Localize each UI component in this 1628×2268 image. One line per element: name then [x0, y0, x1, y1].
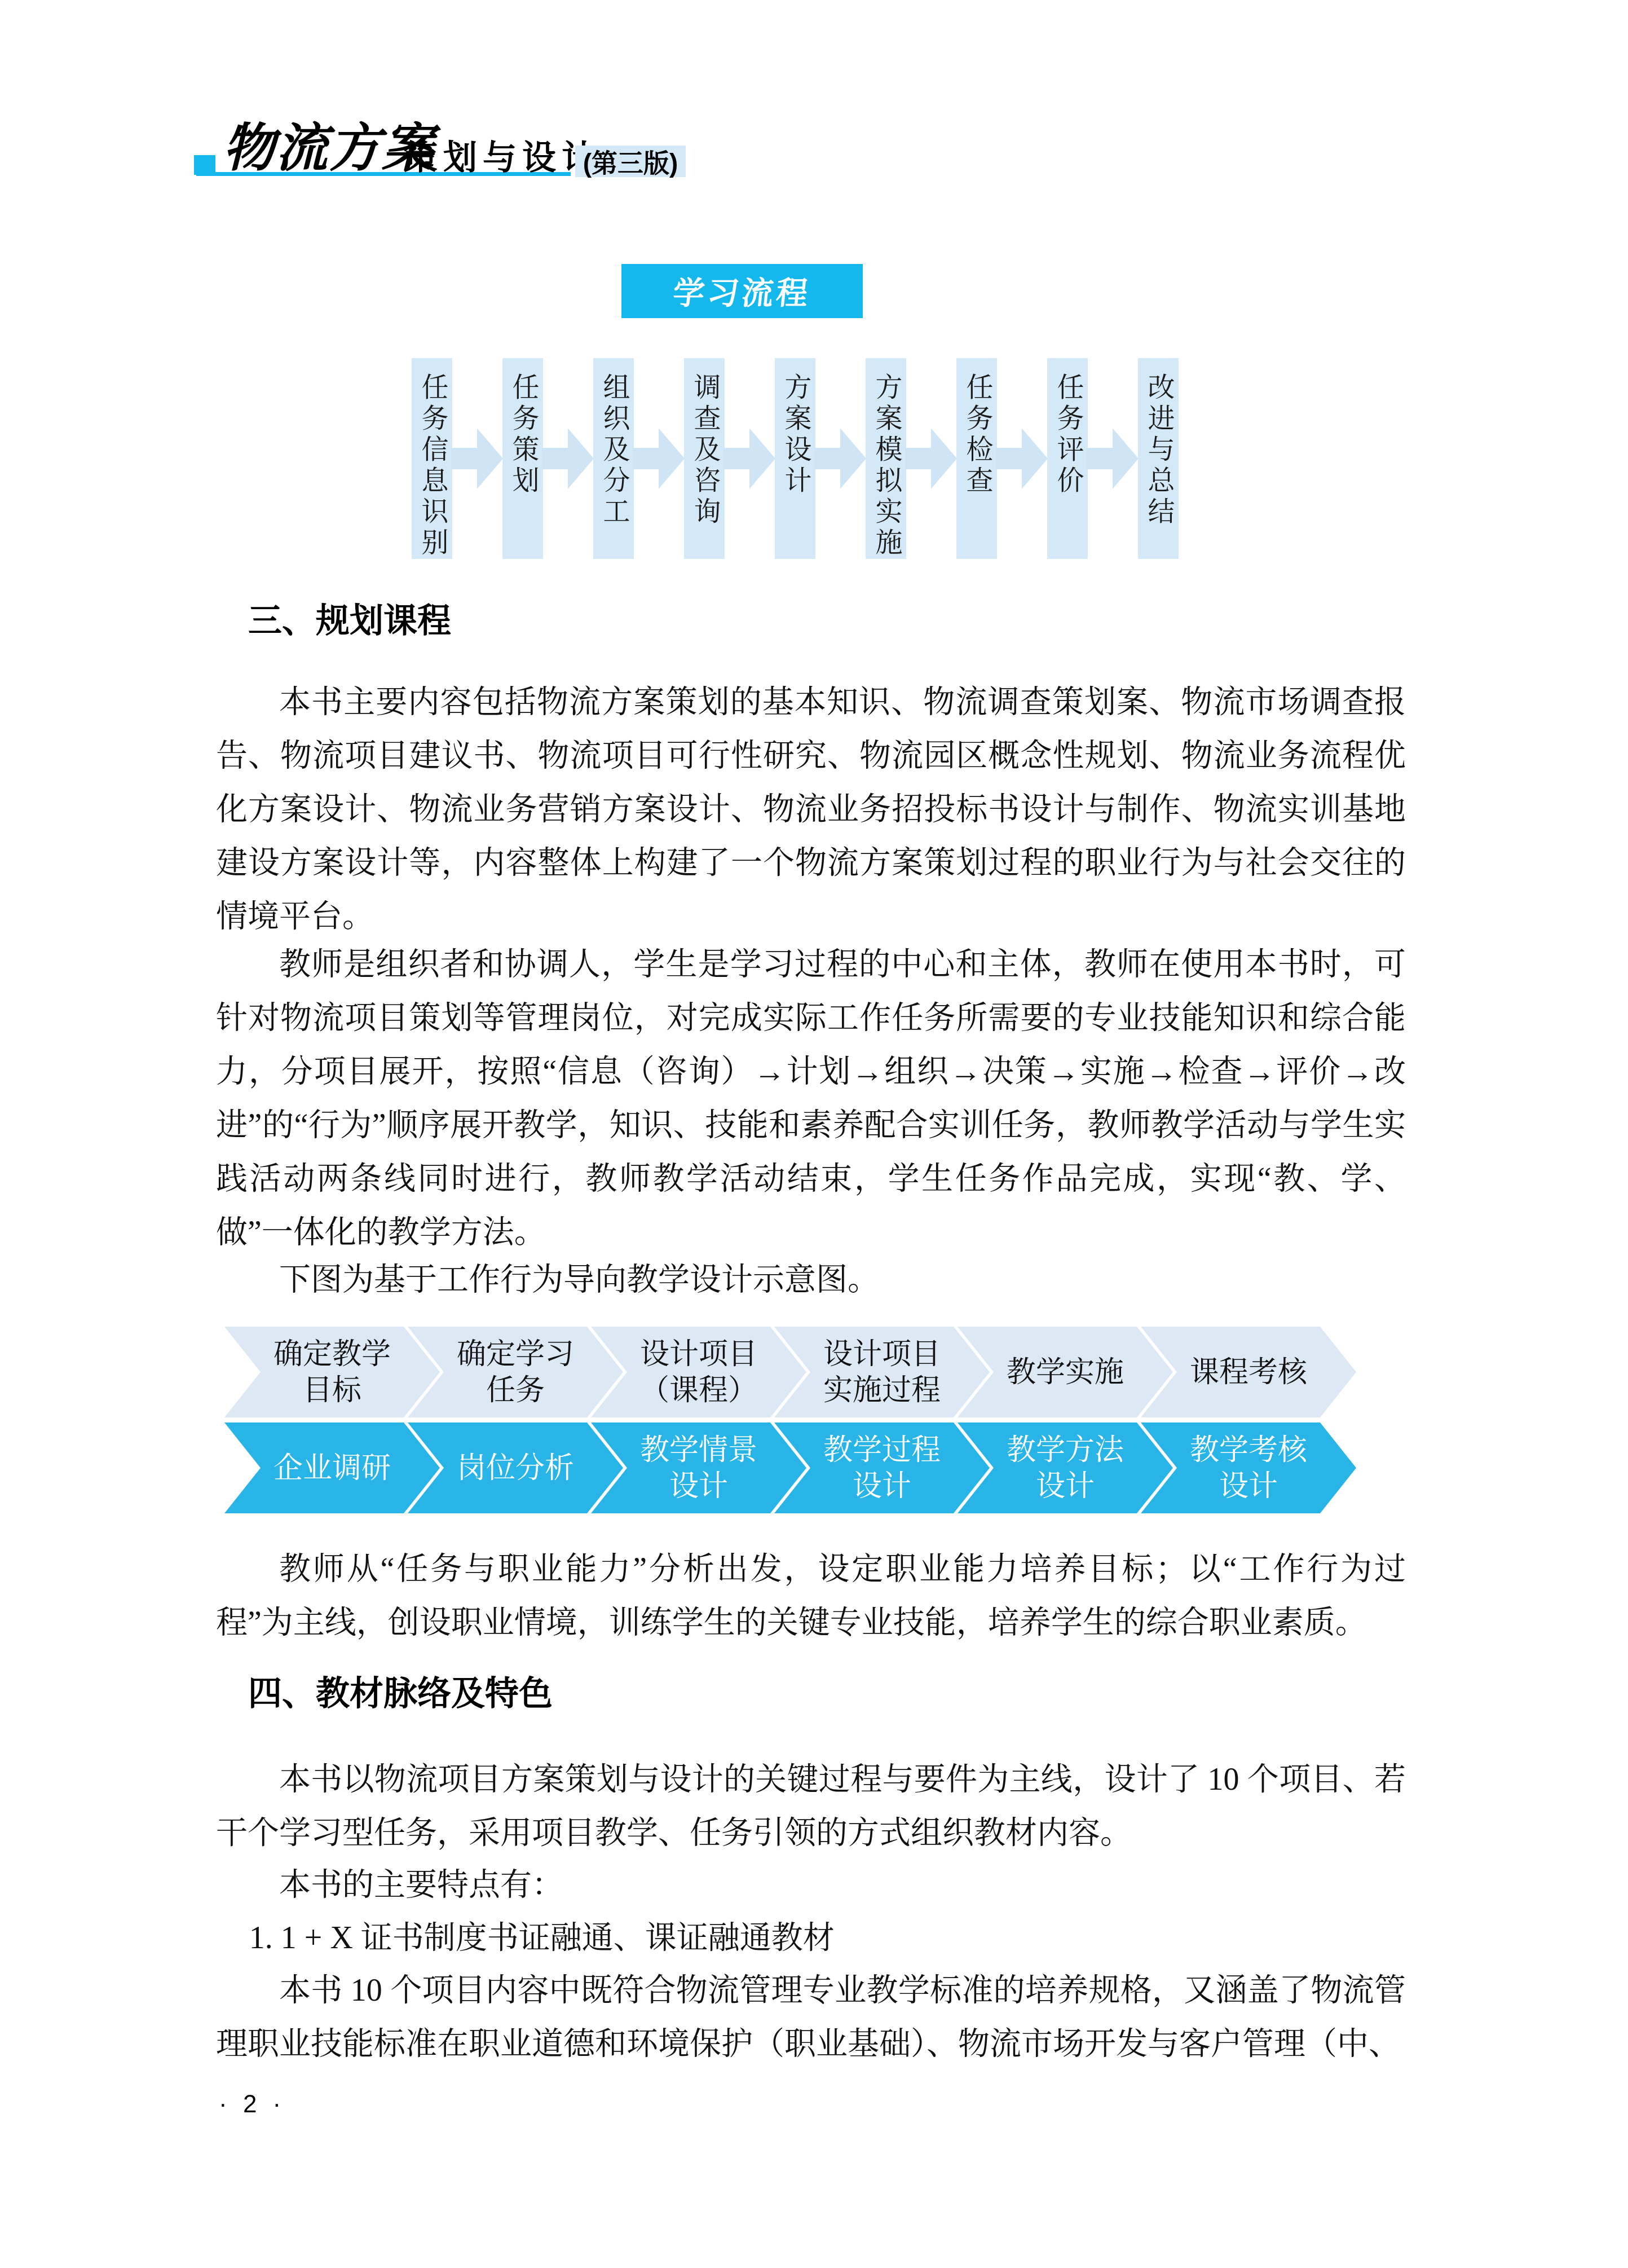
teaching-design-step: 教学情景设计	[591, 1423, 806, 1513]
section-heading-4: 四、教材脉络及特色	[248, 1674, 553, 1714]
flow-step-label: 任务策划	[502, 358, 543, 497]
step-label-line: 教学考核	[1190, 1432, 1307, 1468]
section4-paragraph-3: 本书 10 个项目内容中既符合物流管理专业教学标准的培养规格，又涵盖了物流管理职…	[216, 1964, 1406, 2071]
section-heading-3: 三、规划课程	[248, 601, 451, 641]
page-number: · 2 ·	[219, 2090, 285, 2119]
flow-step-bar: 组织及分工	[593, 358, 634, 559]
step-label-line: 任务	[486, 1372, 545, 1408]
teaching-design-step: 确定学习任务	[408, 1327, 623, 1417]
step-label-line: 任务检查	[962, 373, 992, 497]
after-diagram-paragraph: 教师从“任务与职业能力”分析出发，设定职业能力培养目标；以“工作行为过程”为主线…	[216, 1543, 1406, 1650]
flow-step-label: 组织及分工	[593, 358, 634, 528]
learning-flow-diagram: 任务信息识别 任务策划 组织及分工 调查及咨询 方案设计 方案模拟实施 任务检查…	[412, 358, 1179, 559]
teaching-design-step: 教学考核设计	[1141, 1423, 1356, 1513]
section3-paragraph-3: 下图为基于工作行为导向教学设计示意图。	[216, 1253, 1406, 1307]
teaching-design-step: 设计项目（课程）	[591, 1327, 806, 1417]
flow-step-label: 方案模拟实施	[866, 358, 906, 559]
flow-step-label: 任务检查	[956, 358, 997, 497]
step-label-line: 任务评价	[1053, 373, 1083, 497]
flow-step-bar: 改进与总结	[1138, 358, 1179, 559]
book-page: 物流方案 策划与设计 (第三版) 学习流程 任务信息识别 任务策划 组织及分工 …	[0, 0, 1628, 2268]
flow-step-label: 调查及咨询	[684, 358, 725, 528]
step-label-line: 确定学习	[457, 1336, 574, 1372]
flow-step-bar: 任务信息识别	[412, 358, 452, 559]
flow-step-bar: 方案模拟实施	[866, 358, 906, 559]
step-label-line: 方案设计	[780, 373, 810, 497]
teaching-design-diagram: 确定教学目标确定学习任务设计项目（课程）设计项目实施过程教学实施课程考核 企业调…	[224, 1327, 1359, 1513]
teaching-design-step: 教学过程设计	[774, 1423, 990, 1513]
step-label-line: 教学实施	[1007, 1354, 1124, 1390]
section4-paragraph-1: 本书以物流项目方案策划与设计的关键过程与要件为主线，设计了 10 个项目、若干个…	[216, 1753, 1406, 1860]
teaching-design-step: 课程考核	[1141, 1327, 1356, 1417]
flow-step-bar: 任务策划	[502, 358, 543, 559]
step-label-line: （课程）	[640, 1372, 757, 1408]
flow-step-label: 任务信息识别	[412, 358, 452, 559]
step-label-line: 设计项目	[823, 1336, 941, 1372]
step-label-line: 设计	[853, 1468, 911, 1504]
teaching-design-step: 设计项目实施过程	[774, 1327, 990, 1417]
flow-step-label: 改进与总结	[1138, 358, 1179, 528]
step-label-line: 设计	[669, 1468, 728, 1504]
step-label-line: 实施过程	[823, 1372, 941, 1408]
flow-step-bar: 调查及咨询	[684, 358, 725, 559]
step-label-line: 任务信息识别	[417, 373, 447, 559]
step-label-line: 设计	[1219, 1468, 1278, 1504]
flow-step-bar: 方案设计	[775, 358, 815, 559]
teaching-design-step: 教学方法设计	[958, 1423, 1173, 1513]
flow-step-bar: 任务评价	[1047, 358, 1088, 559]
step-label-line: 方案模拟实施	[871, 373, 901, 559]
flow-step-label: 方案设计	[775, 358, 815, 497]
teaching-design-step: 确定教学目标	[224, 1327, 440, 1417]
teaching-design-step: 企业调研	[224, 1423, 440, 1513]
learning-process-banner: 学习流程	[621, 264, 863, 318]
step-label-line: 确定教学	[273, 1336, 391, 1372]
step-label-line: 教学过程	[823, 1432, 941, 1468]
step-label-line: 调查及咨询	[690, 373, 720, 528]
step-label-line: 教学情景	[640, 1432, 757, 1468]
teaching-design-step: 岗位分析	[408, 1423, 623, 1513]
step-label-line: 企业调研	[273, 1450, 391, 1486]
teaching-design-bottom-row: 企业调研岗位分析教学情景设计教学过程设计教学方法设计教学考核设计	[224, 1423, 1359, 1513]
edition-label: (第三版)	[583, 143, 678, 180]
book-title-script: 物流方案	[223, 120, 435, 176]
step-label-line: 设计	[1036, 1468, 1095, 1504]
section4-feature-1: 1. 1 + X 证书制度书证融通、课证融通教材	[216, 1912, 1406, 1965]
step-label-line: 任务策划	[508, 373, 538, 497]
step-label-line: 岗位分析	[457, 1450, 574, 1486]
flow-step-label: 任务评价	[1047, 358, 1088, 497]
step-label-line: 改进与总结	[1144, 373, 1173, 528]
step-label-line: 设计项目	[640, 1336, 757, 1372]
flow-step-bar: 任务检查	[956, 358, 997, 559]
teaching-design-top-row: 确定教学目标确定学习任务设计项目（课程）设计项目实施过程教学实施课程考核	[224, 1327, 1359, 1417]
section3-paragraph-2: 教师是组织者和协调人，学生是学习过程的中心和主体，教师在使用本书时，可针对物流项…	[216, 938, 1406, 1259]
teaching-design-step: 教学实施	[958, 1327, 1173, 1417]
learning-process-banner-label: 学习流程	[671, 268, 813, 314]
section3-paragraph-1: 本书主要内容包括物流方案策划的基本知识、物流调查策划案、物流市场调查报告、物流项…	[216, 676, 1406, 944]
step-label-line: 教学方法	[1007, 1432, 1124, 1468]
step-label-line: 课程考核	[1190, 1354, 1307, 1390]
edition-badge: (第三版)	[575, 146, 686, 177]
section4-paragraph-2: 本书的主要特点有：	[216, 1859, 1406, 1912]
step-label-line: 组织及分工	[599, 373, 629, 528]
book-title-subtitle: 策划与设计	[404, 140, 601, 176]
step-label-line: 目标	[303, 1372, 361, 1408]
